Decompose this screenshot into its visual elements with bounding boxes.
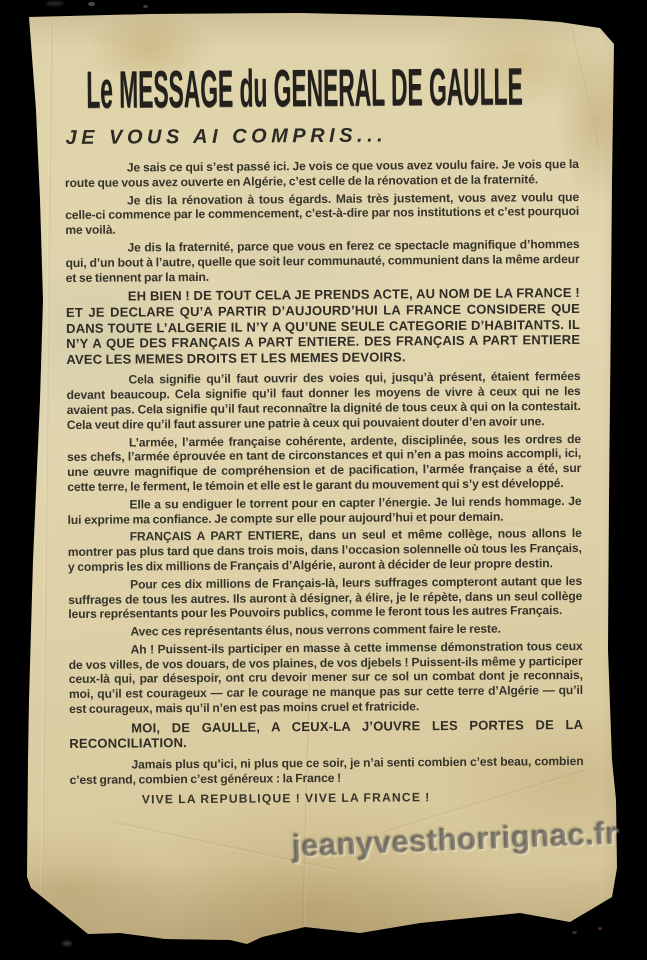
poster-paragraph: VIVE LA REPUBLIQUE ! VIVE LA FRANCE !	[70, 789, 584, 808]
dust-speck	[598, 927, 602, 930]
poster-subtitle: JE VOUS AI COMPRIS...	[66, 123, 579, 150]
scan-background: Le MESSAGE du GENERAL DE GAULLE JE VOUS …	[0, 0, 647, 960]
poster-title: Le MESSAGE du GENERAL DE GAULLE	[86, 60, 523, 117]
dust-speck	[572, 931, 577, 934]
poster-paragraph: Elle a su endiguer le torrent pour en ca…	[67, 494, 581, 528]
poster-paragraph: MOI, DE GAULLE, A CEUX-LA J’OUVRE LES PO…	[69, 717, 583, 752]
poster-paper: Le MESSAGE du GENERAL DE GAULLE JE VOUS …	[0, 0, 647, 960]
poster-paragraph: Je dis la fraternité, parce que vous en …	[65, 237, 579, 285]
dust-speck	[143, 5, 148, 8]
poster-paragraph: FRANÇAIS A PART ENTIERE, dans un seul et…	[68, 526, 582, 574]
poster-paragraph: Avec ces représentants élus, nous verron…	[68, 621, 582, 640]
poster-paragraph: Cela signifie qu’il faut ouvrir des voie…	[66, 369, 580, 432]
poster-paragraph: Pour ces dix millions de Français-là, le…	[68, 574, 582, 622]
poster-paragraph: EH BIEN ! DE TOUT CELA JE PRENDS ACTE, A…	[66, 285, 581, 367]
poster-paragraph: Je sais ce qui s’est passé ici. Je vois …	[65, 157, 579, 191]
poster-body: Je sais ce qui s’est passé ici. Je vois …	[65, 157, 584, 807]
poster-title-wrap: Le MESSAGE du GENERAL DE GAULLE	[64, 60, 578, 116]
poster-paragraph: Je dis la rénovation à tous égards. Mais…	[65, 190, 579, 238]
poster-paragraph: Jamais plus qu’ici, ni plus que ce soir,…	[69, 754, 583, 788]
dust-speck	[88, 2, 95, 6]
poster-paragraph: L’armée, l’armée française cohérente, ar…	[67, 432, 581, 495]
poster-content: Le MESSAGE du GENERAL DE GAULLE JE VOUS …	[64, 60, 584, 810]
paper-crease	[40, 22, 52, 892]
dust-speck	[62, 941, 72, 946]
dust-speck	[46, 1, 64, 6]
poster-paragraph: Ah ! Puissent-ils participer en masse à …	[69, 639, 584, 717]
